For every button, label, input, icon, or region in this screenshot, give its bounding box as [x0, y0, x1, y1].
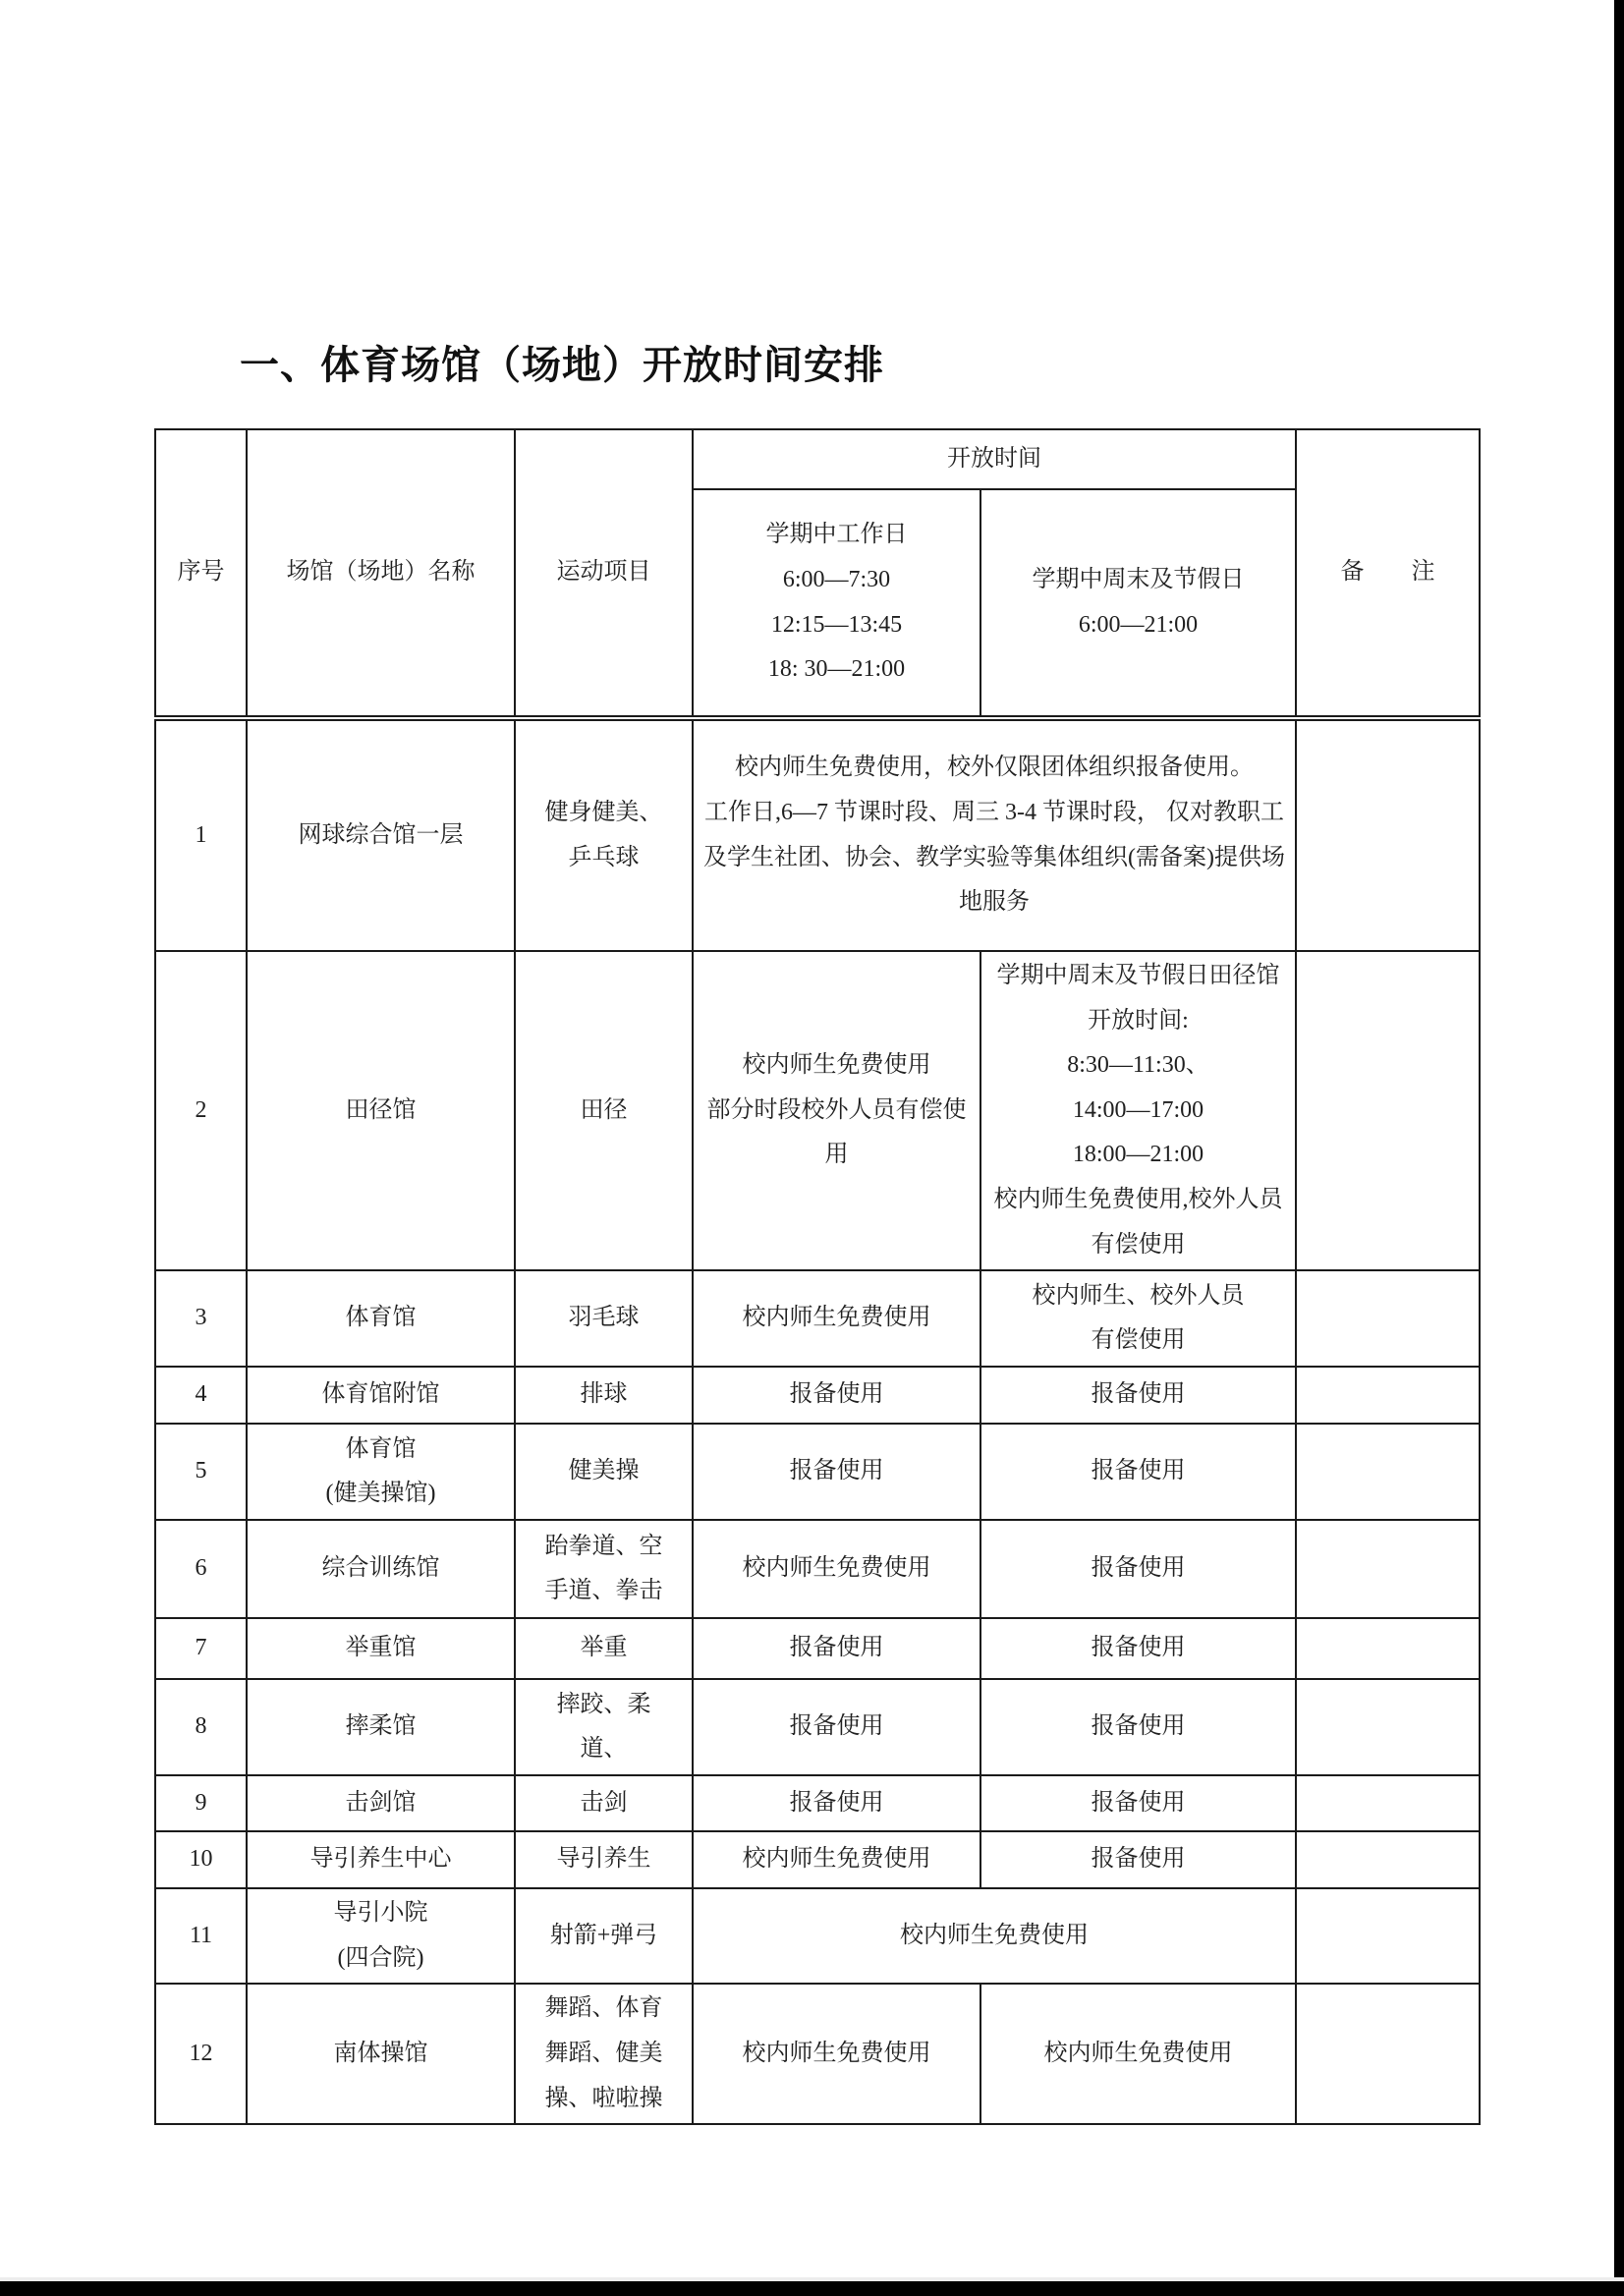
cell-remark: [1296, 1831, 1480, 1888]
page-edge-right-bar: [1614, 0, 1624, 2296]
cell-name: 体育馆: [247, 1270, 515, 1367]
cell-open-time-merged: 校内师生免费使用，校外仅限团体组织报备使用。 工作日,6—7 节课时段、周三 3…: [693, 718, 1296, 951]
cell-weekend: 报备使用: [980, 1831, 1296, 1888]
cell-weekend: 报备使用: [980, 1367, 1296, 1424]
cell-name: 田径馆: [247, 951, 515, 1270]
col-header-weekday: 学期中工作日 6:00—7:30 12:15—13:45 18: 30—21:0…: [693, 489, 980, 718]
cell-sport: 健身健美、 乒乓球: [515, 718, 693, 951]
cell-name: 南体操馆: [247, 1984, 515, 2124]
cell-sport: 跆拳道、空 手道、拳击: [515, 1520, 693, 1618]
cell-name: 综合训练馆: [247, 1520, 515, 1618]
cell-weekend: 报备使用: [980, 1520, 1296, 1618]
cell-name: 举重馆: [247, 1618, 515, 1679]
cell-no: 7: [155, 1618, 247, 1679]
cell-no: 4: [155, 1367, 247, 1424]
cell-name: 导引养生中心: [247, 1831, 515, 1888]
col-header-no: 序号: [155, 429, 247, 718]
cell-sport: 健美操: [515, 1424, 693, 1520]
cell-no: 2: [155, 951, 247, 1270]
cell-weekday: 校内师生免费使用: [693, 1270, 980, 1367]
cell-weekend: 报备使用: [980, 1679, 1296, 1775]
cell-weekday: 校内师生免费使用: [693, 1984, 980, 2124]
header-row-top: 序号 场馆（场地）名称 运动项目 开放时间 备 注: [155, 429, 1480, 489]
cell-remark: [1296, 1679, 1480, 1775]
cell-sport: 导引养生: [515, 1831, 693, 1888]
cell-remark: [1296, 1984, 1480, 2124]
cell-no: 10: [155, 1831, 247, 1888]
cell-weekday: 校内师生免费使用 部分时段校外人员有偿使用: [693, 951, 980, 1270]
cell-name: 导引小院 (四合院): [247, 1888, 515, 1984]
cell-open-time-merged: 校内师生免费使用: [693, 1888, 1296, 1984]
cell-weekend: 报备使用: [980, 1775, 1296, 1831]
cell-remark: [1296, 951, 1480, 1270]
cell-remark: [1296, 1888, 1480, 1984]
cell-sport: 射箭+弹弓: [515, 1888, 693, 1984]
col-header-remark: 备 注: [1296, 429, 1480, 718]
table-row: 8 摔柔馆 摔跤、柔 道、 报备使用 报备使用: [155, 1679, 1480, 1775]
cell-sport: 摔跤、柔 道、: [515, 1679, 693, 1775]
cell-name: 网球综合馆一层: [247, 718, 515, 951]
col-header-name: 场馆（场地）名称: [247, 429, 515, 718]
cell-weekend: 学期中周末及节假日田径馆开放时间: 8:30—11:30、 14:00—17:0…: [980, 951, 1296, 1270]
cell-weekend: 校内师生免费使用: [980, 1984, 1296, 2124]
cell-sport: 羽毛球: [515, 1270, 693, 1367]
cell-name: 击剑馆: [247, 1775, 515, 1831]
cell-remark: [1296, 1367, 1480, 1424]
col-header-weekend: 学期中周末及节假日 6:00—21:00: [980, 489, 1296, 718]
table-row: 9 击剑馆 击剑 报备使用 报备使用: [155, 1775, 1480, 1831]
table-row: 1 网球综合馆一层 健身健美、 乒乓球 校内师生免费使用，校外仅限团体组织报备使…: [155, 718, 1480, 951]
col-header-open-time: 开放时间: [693, 429, 1296, 489]
cell-weekday: 报备使用: [693, 1679, 980, 1775]
cell-weekend: 报备使用: [980, 1424, 1296, 1520]
cell-weekend: 校内师生、校外人员 有偿使用: [980, 1270, 1296, 1367]
table-row: 7 举重馆 举重 报备使用 报备使用: [155, 1618, 1480, 1679]
cell-no: 6: [155, 1520, 247, 1618]
page-title: 一、体育场馆（场地）开放时间安排: [240, 334, 884, 390]
table-row: 3 体育馆 羽毛球 校内师生免费使用 校内师生、校外人员 有偿使用: [155, 1270, 1480, 1367]
cell-sport: 舞蹈、体育 舞蹈、健美 操、啦啦操: [515, 1984, 693, 2124]
cell-name: 摔柔馆: [247, 1679, 515, 1775]
cell-sport: 举重: [515, 1618, 693, 1679]
cell-weekday: 报备使用: [693, 1424, 980, 1520]
table-row: 12 南体操馆 舞蹈、体育 舞蹈、健美 操、啦啦操 校内师生免费使用 校内师生免…: [155, 1984, 1480, 2124]
table-row: 5 体育馆 (健美操馆) 健美操 报备使用 报备使用: [155, 1424, 1480, 1520]
cell-name: 体育馆附馆: [247, 1367, 515, 1424]
table-row: 11 导引小院 (四合院) 射箭+弹弓 校内师生免费使用: [155, 1888, 1480, 1984]
cell-no: 3: [155, 1270, 247, 1367]
table-row: 4 体育馆附馆 排球 报备使用 报备使用: [155, 1367, 1480, 1424]
cell-no: 9: [155, 1775, 247, 1831]
table-row: 10 导引养生中心 导引养生 校内师生免费使用 报备使用: [155, 1831, 1480, 1888]
cell-remark: [1296, 1775, 1480, 1831]
cell-weekday: 校内师生免费使用: [693, 1520, 980, 1618]
cell-no: 5: [155, 1424, 247, 1520]
col-header-sport: 运动项目: [515, 429, 693, 718]
cell-remark: [1296, 1424, 1480, 1520]
cell-weekday: 校内师生免费使用: [693, 1831, 980, 1888]
cell-weekday: 报备使用: [693, 1618, 980, 1679]
cell-sport: 击剑: [515, 1775, 693, 1831]
cell-no: 11: [155, 1888, 247, 1984]
cell-remark: [1296, 1520, 1480, 1618]
cell-remark: [1296, 1618, 1480, 1679]
cell-weekday: 报备使用: [693, 1367, 980, 1424]
cell-weekend: 报备使用: [980, 1618, 1296, 1679]
cell-remark: [1296, 1270, 1480, 1367]
table-row: 6 综合训练馆 跆拳道、空 手道、拳击 校内师生免费使用 报备使用: [155, 1520, 1480, 1618]
cell-sport: 排球: [515, 1367, 693, 1424]
table-row: 2 田径馆 田径 校内师生免费使用 部分时段校外人员有偿使用 学期中周末及节假日…: [155, 951, 1480, 1270]
cell-no: 8: [155, 1679, 247, 1775]
document-page: { "page": { "title": "一、体育场馆（场地）开放时间安排" …: [0, 0, 1624, 2296]
cell-weekday: 报备使用: [693, 1775, 980, 1831]
cell-no: 12: [155, 1984, 247, 2124]
cell-name: 体育馆 (健美操馆): [247, 1424, 515, 1520]
venue-schedule-table: 序号 场馆（场地）名称 运动项目 开放时间 备 注 学期中工作日 6:00—7:…: [154, 428, 1481, 2125]
cell-sport: 田径: [515, 951, 693, 1270]
cell-remark: [1296, 718, 1480, 951]
page-edge-bottom-bar: [0, 2277, 1624, 2296]
cell-no: 1: [155, 718, 247, 951]
